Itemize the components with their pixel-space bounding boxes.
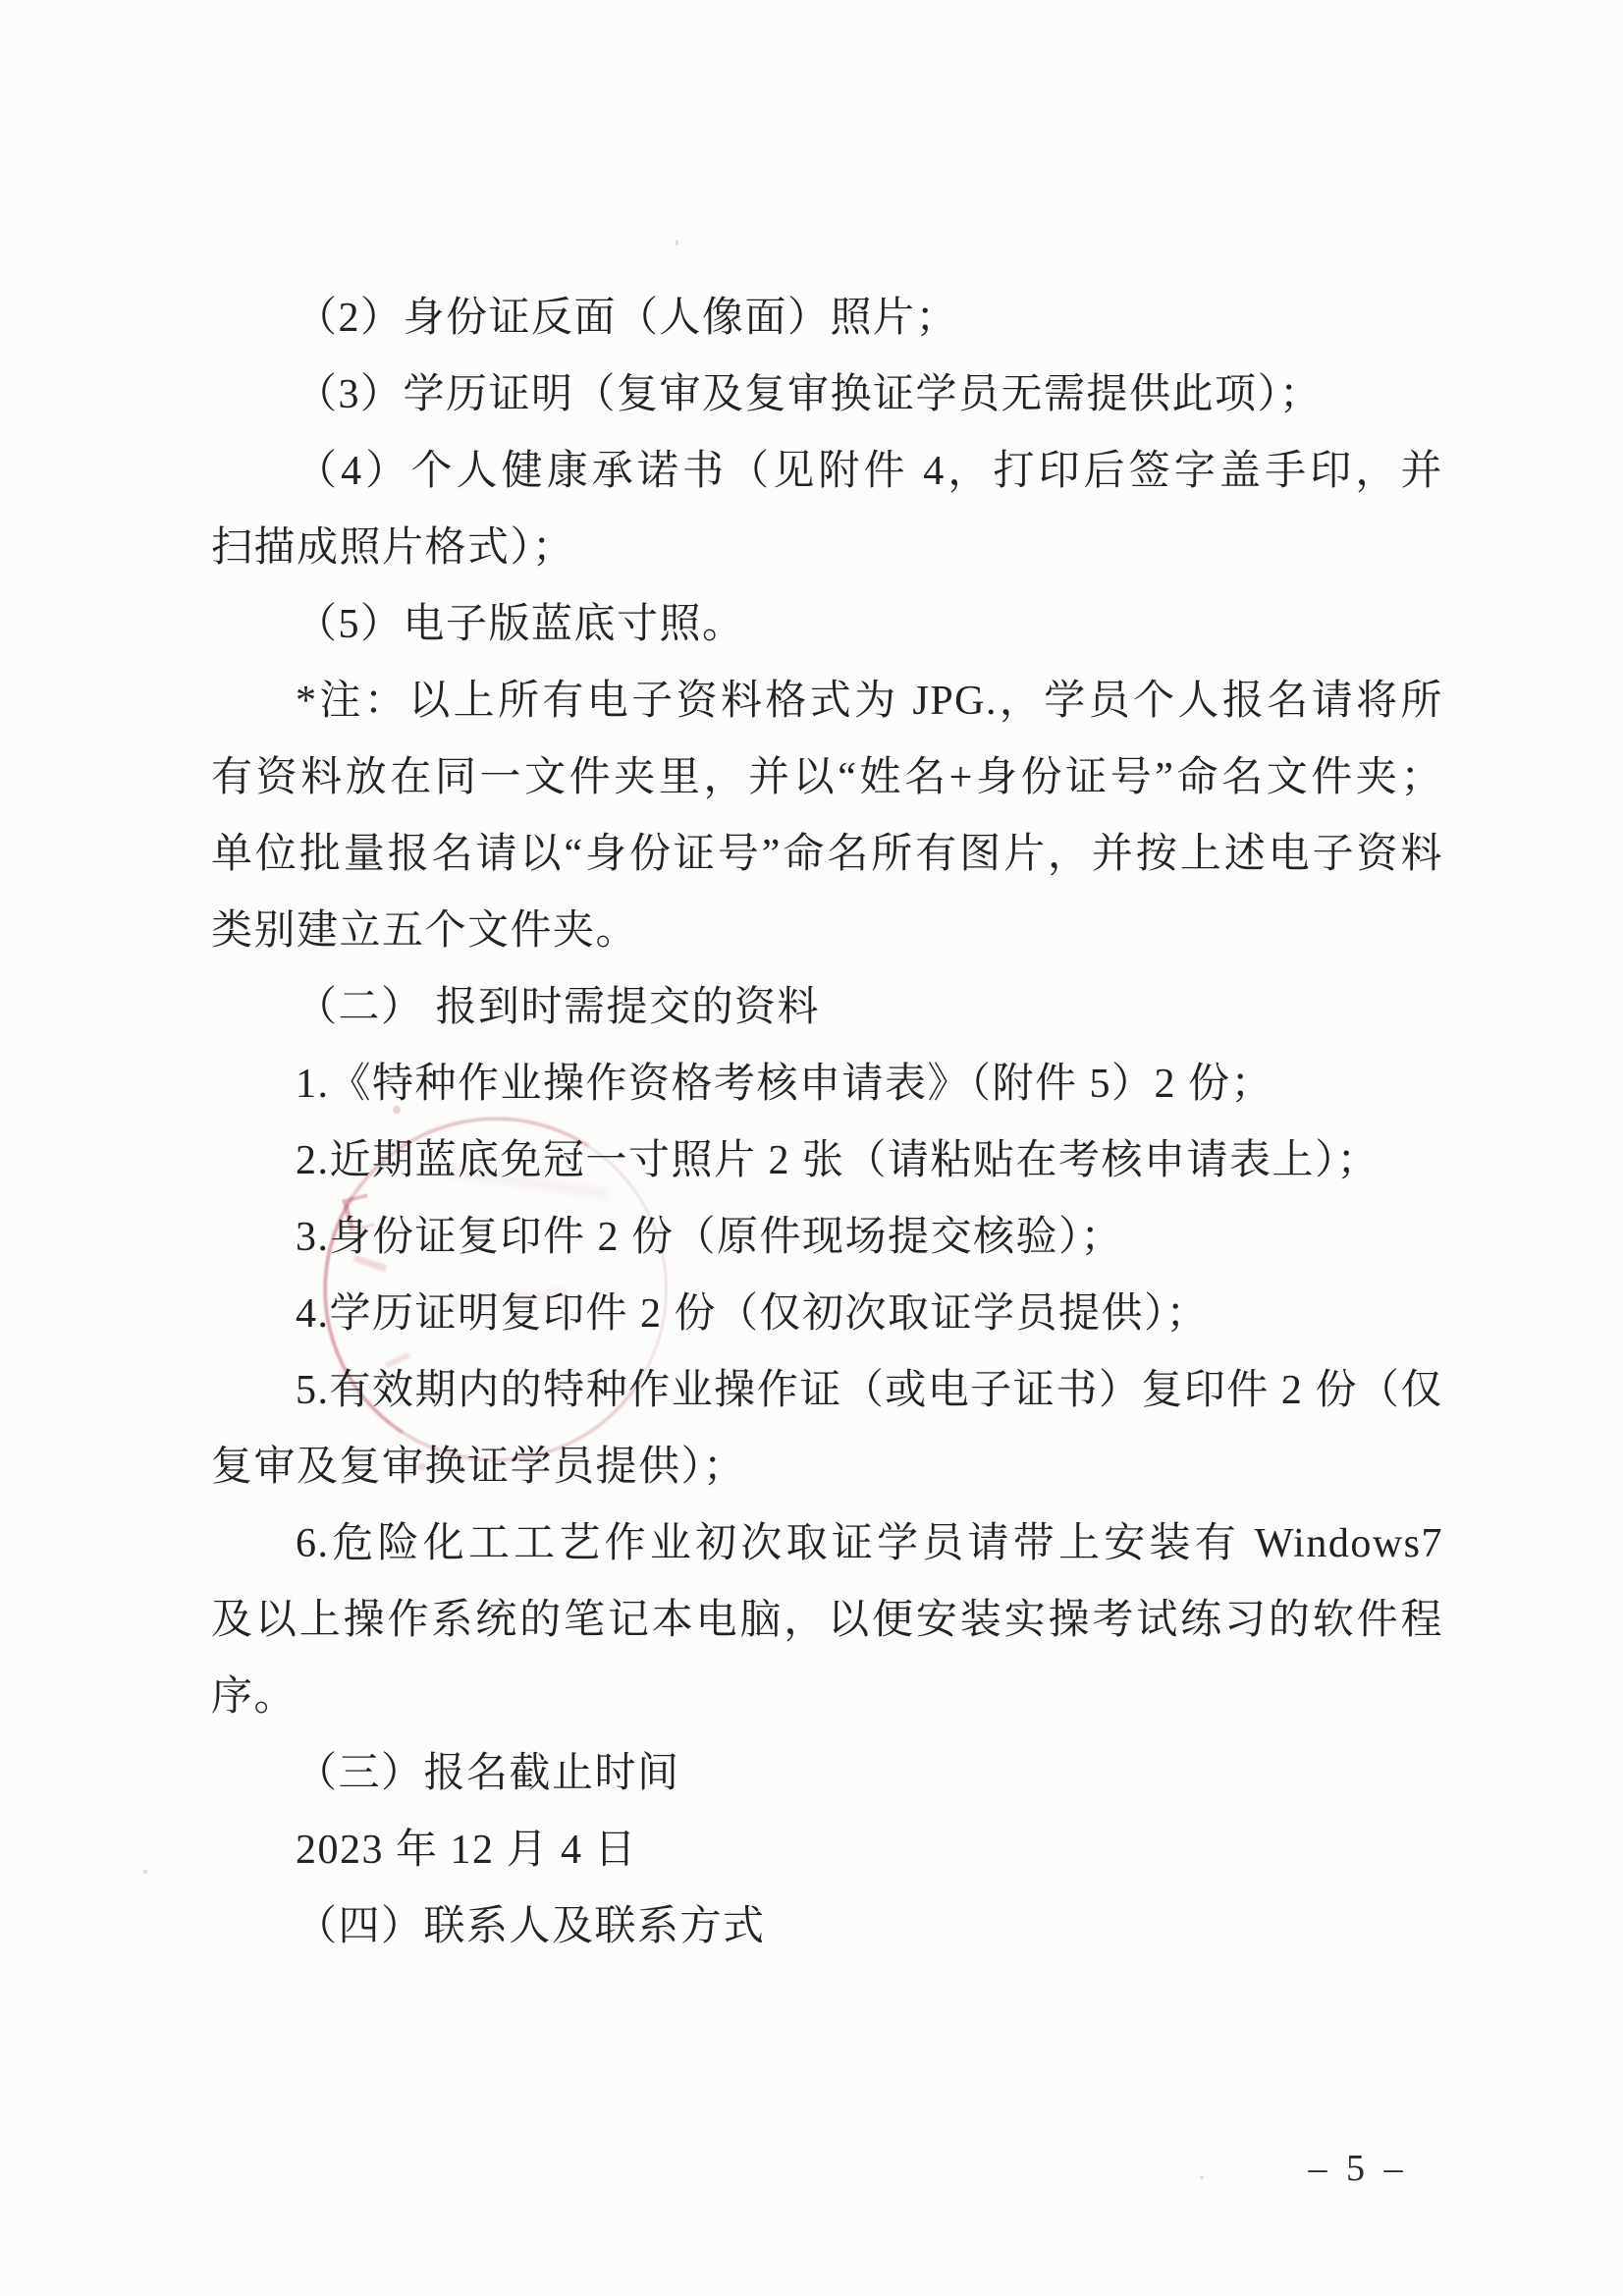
scan-speck bbox=[676, 240, 678, 246]
text-line: （5）电子版蓝底寸照。 bbox=[211, 586, 1443, 663]
scan-speck bbox=[143, 1870, 147, 1874]
text-line: （4）个人健康承诺书（见附件 4，打印后签字盖手印，并 bbox=[211, 433, 1443, 510]
text-line: 5.有效期内的特种作业操作证（或电子证书）复印件 2 份（仅 bbox=[211, 1352, 1443, 1429]
text-line: 及以上操作系统的笔记本电脑，以便安装实操考试练习的软件程 bbox=[211, 1582, 1443, 1659]
text-line: 3.身份证复印件 2 份（原件现场提交核验）； bbox=[211, 1199, 1443, 1276]
page-number: – 5 – bbox=[1294, 2147, 1422, 2190]
text-line: 复审及复审换证学员提供）； bbox=[211, 1429, 1443, 1505]
scan-speck bbox=[1200, 2176, 1204, 2179]
text-line: （3）学历证明（复审及复审换证学员无需提供此项）； bbox=[211, 356, 1443, 433]
text-line: 6.危险化工工艺作业初次取证学员请带上安装有 Windows7 bbox=[211, 1505, 1443, 1582]
text-line: （二） 报到时需提交的资料 bbox=[211, 969, 1443, 1046]
document-page: （2）身份证反面（人像面）照片；（3）学历证明（复审及复审换证学员无需提供此项）… bbox=[0, 0, 1623, 2296]
text-line: （三）报名截止时间 bbox=[211, 1735, 1443, 1812]
text-line: 2023 年 12 月 4 日 bbox=[211, 1812, 1443, 1888]
document-body: （2）身份证反面（人像面）照片；（3）学历证明（复审及复审换证学员无需提供此项）… bbox=[211, 280, 1443, 1965]
text-line: *注：以上所有电子资料格式为 JPG.，学员个人报名请将所 bbox=[211, 663, 1443, 739]
text-line: （2）身份证反面（人像面）照片； bbox=[211, 280, 1443, 356]
text-line: 单位批量报名请以“身份证号”命名所有图片，并按上述电子资料 bbox=[211, 816, 1443, 893]
text-line: 扫描成照片格式）； bbox=[211, 510, 1443, 586]
text-line: （四）联系人及联系方式 bbox=[211, 1888, 1443, 1965]
text-line: 类别建立五个文件夹。 bbox=[211, 893, 1443, 969]
text-line: 2.近期蓝底免冠一寸照片 2 张（请粘贴在考核申请表上）； bbox=[211, 1122, 1443, 1199]
text-line: 1.《特种作业操作资格考核申请表》（附件 5）2 份； bbox=[211, 1046, 1443, 1122]
text-line: 有资料放在同一文件夹里，并以“姓名+身份证号”命名文件夹； bbox=[211, 739, 1443, 816]
text-line: 4.学历证明复印件 2 份（仅初次取证学员提供）； bbox=[211, 1276, 1443, 1352]
text-line: 序。 bbox=[211, 1659, 1443, 1735]
